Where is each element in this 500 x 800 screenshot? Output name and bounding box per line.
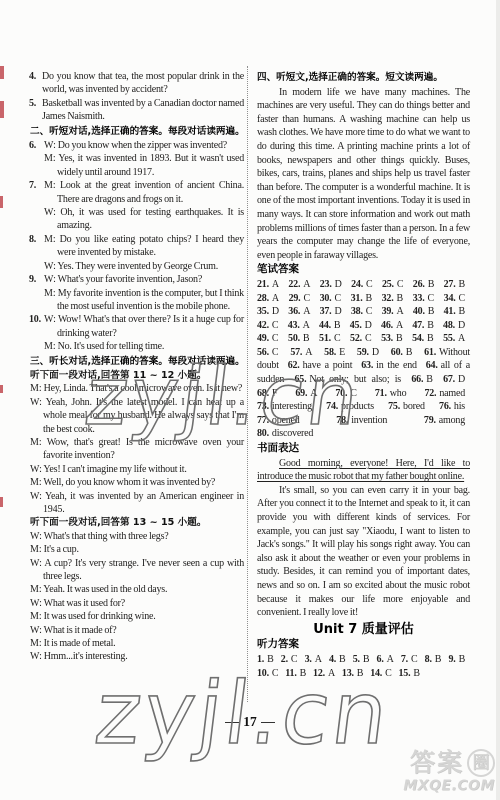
answer-value: E xyxy=(339,347,345,358)
answer-value: A xyxy=(387,654,394,665)
answer-value: B xyxy=(427,320,433,331)
answer-number: 7. xyxy=(401,654,408,665)
answer-number: 22. xyxy=(288,279,300,290)
answer-item: 76.his xyxy=(439,401,465,412)
dialog-number: 10. xyxy=(29,313,41,326)
answer-number: 26. xyxy=(413,279,425,290)
dialog-turn: M: Well, do you know whom it was invente… xyxy=(30,476,244,489)
answer-value: D xyxy=(365,320,372,331)
turn-text: It's a cup. xyxy=(44,544,79,555)
answer-number: 11. xyxy=(285,668,296,679)
answer-number: 25. xyxy=(382,279,394,290)
turn-text: What's that thing with three legs? xyxy=(44,531,169,542)
dialog-turn: M: Look at the great invention of ancien… xyxy=(44,179,244,206)
intro-items: 4. Do you know that tea, the most popula… xyxy=(30,70,244,124)
answer-value: A xyxy=(396,306,403,317)
answer-value: B xyxy=(267,654,273,665)
answer-number: 55. xyxy=(443,333,455,344)
answer-value: B xyxy=(459,306,465,317)
answer-item: 45.D xyxy=(350,320,372,331)
speaker-label: M: xyxy=(30,477,42,488)
dialog-turn: M: Do you like eating potato chips? I he… xyxy=(44,233,244,260)
answer-number: 57. xyxy=(290,347,302,358)
answer-value: products xyxy=(341,401,374,412)
answer-value: A xyxy=(458,333,465,344)
answer-item: 14.C xyxy=(370,668,391,679)
answer-number: 39. xyxy=(382,306,394,317)
answer-item: 29.C xyxy=(289,293,310,304)
dialog-turn: W: Yes. They were invented by George Cru… xyxy=(44,260,244,273)
page-edge-shade xyxy=(496,0,500,800)
answer-item: 25.C xyxy=(382,279,403,290)
turn-text: Yes, it was invented in 1893. But it was… xyxy=(57,153,244,177)
answer-number: 70. xyxy=(335,388,347,399)
dialog-turn: W: Yes! I can't imagine my life without … xyxy=(30,463,244,476)
answer-item: 28.A xyxy=(257,293,279,304)
answer-number: 77. xyxy=(257,415,269,426)
dialog-turn: M: My favorite invention is the computer… xyxy=(44,287,244,314)
dialog-turn: M: It is made of metal. xyxy=(30,637,244,650)
answer-value: C xyxy=(272,347,278,358)
logo-circle-glyph: 圈 xyxy=(467,749,495,777)
answer-value: D xyxy=(372,347,379,358)
page-number-value: 17 xyxy=(243,714,257,730)
answer-number: 63. xyxy=(361,360,373,371)
answer-value: B xyxy=(428,306,434,317)
turn-text: Hmm...it's interesting. xyxy=(44,651,128,662)
answer-value: D xyxy=(272,306,279,317)
answer-number: 75. xyxy=(388,401,400,412)
answer-item: 22.A xyxy=(288,279,310,290)
page-number-dash-right xyxy=(261,722,275,723)
answer-item: 36.A xyxy=(288,306,310,317)
listening-answers: 1.B 2.C 3.A 4.B 5.B 6.A 7.C 8.B 9.B 10.C… xyxy=(257,653,470,680)
dialog-turns: W: Do you know when the zipper was inven… xyxy=(44,139,244,179)
answer-item: 55.A xyxy=(443,333,465,344)
logo-main: 答案圈 xyxy=(403,749,495,777)
answer-number: 43. xyxy=(288,320,300,331)
answer-item: 37.D xyxy=(320,306,342,317)
answer-value: B xyxy=(426,374,432,385)
turn-text: Oh, it was used for testing earthquakes.… xyxy=(57,207,244,231)
answer-number: 1. xyxy=(257,654,264,665)
speaker-label: W: xyxy=(30,651,42,662)
answer-item: 31.B xyxy=(351,293,372,304)
answer-number: 69. xyxy=(295,388,307,399)
answer-value: C xyxy=(428,293,434,304)
numbered-item: 4. Do you know that tea, the most popula… xyxy=(30,70,244,97)
answer-number: 74. xyxy=(326,401,338,412)
answer-site-logo: 答案圈 MXQE.COM xyxy=(403,749,495,794)
answer-item: 54.B xyxy=(412,333,433,344)
answer-item: 26.B xyxy=(413,279,434,290)
answer-value: invention xyxy=(351,415,387,426)
turn-text: No. It's used for telling time. xyxy=(58,341,165,352)
answer-number: 61. xyxy=(424,347,436,358)
answer-number: 47. xyxy=(412,320,424,331)
turn-text: Yes. They were invented by George Crum. xyxy=(57,261,218,272)
listening-passage: In modern life we have many machines. Th… xyxy=(257,86,470,263)
answer-number: 34. xyxy=(444,293,456,304)
answer-value: B xyxy=(428,279,434,290)
answer-value: A xyxy=(328,668,335,679)
turn-text: Yeah, John. It's the latest model. I can… xyxy=(43,397,244,435)
turn-text: Yeah, it was invented by an American eng… xyxy=(43,491,244,515)
answer-number: 72. xyxy=(424,388,436,399)
answer-value: D xyxy=(458,374,465,385)
answer-number: 24. xyxy=(351,279,363,290)
dialog-turn: M: Wow, that's great! Is the microwave o… xyxy=(30,436,244,463)
page-number-dash-left xyxy=(225,722,239,723)
dialog-turn: M: No. It's used for telling time. xyxy=(44,340,244,353)
answer-value: B xyxy=(406,347,412,358)
answer-number: 10. xyxy=(257,668,269,679)
answer-item: 46.A xyxy=(381,320,403,331)
left-column: 4. Do you know that tea, the most popula… xyxy=(30,70,244,664)
answer-number: 62. xyxy=(288,360,300,371)
answer-number: 5. xyxy=(353,654,360,665)
page-number: 17 xyxy=(218,713,282,731)
answer-number: 4. xyxy=(329,654,336,665)
answer-number: 38. xyxy=(351,306,363,317)
answer-value: A xyxy=(305,347,312,358)
turn-text: Do you know when the zipper was invented… xyxy=(58,140,227,151)
numbered-item: 5. Basketball was invented by a Canadian… xyxy=(30,97,244,124)
answer-value: B xyxy=(427,333,433,344)
column-divider xyxy=(247,66,248,702)
answer-value: A xyxy=(303,320,310,331)
dialog-turn: W: What's your favorite invention, Jason… xyxy=(44,273,244,286)
turn-text: It is made of metal. xyxy=(44,638,116,649)
answer-item: 7.C xyxy=(401,654,418,665)
answer-value: A xyxy=(396,320,403,331)
answer-item: 44.B xyxy=(319,320,340,331)
answer-value: C xyxy=(272,320,278,331)
answer-item: 62.have a point xyxy=(288,360,353,371)
turn-text: Wow! What's that over there? Is it a hug… xyxy=(57,314,244,338)
answer-number: 73. xyxy=(257,401,269,412)
answer-number: 50. xyxy=(288,333,300,344)
answer-value: among xyxy=(439,415,465,426)
unit7-heading: Unit 7 质量评估 xyxy=(257,623,470,637)
answer-number: 48. xyxy=(443,320,455,331)
dialog-turn: M: It was used for drinking wine. xyxy=(30,610,244,623)
answer-value: discovered xyxy=(272,428,313,439)
speaker-label: W: xyxy=(30,531,42,542)
dialog-number: 8. xyxy=(29,233,36,246)
dialog-turns: M: Do you like eating potato chips? I he… xyxy=(44,233,244,273)
answer-value: C xyxy=(291,654,297,665)
dialog-turns: M: Look at the great invention of ancien… xyxy=(44,179,244,233)
answer-number: 15. xyxy=(398,668,410,679)
answer-value: B xyxy=(363,654,369,665)
answer-item: 9.B xyxy=(448,654,465,665)
dialog-number: 6. xyxy=(29,139,36,152)
answer-item: 58.E xyxy=(324,347,345,358)
answer-number: 53. xyxy=(381,333,393,344)
scan-artifact xyxy=(0,66,4,79)
turn-text: Yes! I can't imagine my life without it. xyxy=(43,464,186,475)
answer-item: 2.C xyxy=(281,654,298,665)
answer-value: B xyxy=(435,654,441,665)
answer-number: 80. xyxy=(257,428,269,439)
answer-number: 64. xyxy=(426,360,438,371)
answer-value: B xyxy=(397,293,403,304)
answer-number: 23. xyxy=(320,279,332,290)
answer-number: 54. xyxy=(412,333,424,344)
dialog-item: 7. M: Look at the great invention of anc… xyxy=(30,179,244,233)
turn-text: Look at the great invention of ancient C… xyxy=(57,180,244,204)
answer-number: 49. xyxy=(257,333,269,344)
answer-item: 10.C xyxy=(257,668,278,679)
speaker-label: M: xyxy=(30,437,42,448)
answer-value: A xyxy=(303,279,310,290)
dialog-turn: W: Oh, it was used for testing earthquak… xyxy=(44,206,244,233)
answer-number: 37. xyxy=(320,306,332,317)
answer-item: 35.D xyxy=(257,306,279,317)
essay-heading: 书面表达 xyxy=(257,442,470,456)
answer-item: 63.in the end xyxy=(361,360,417,371)
speaker-label: M: xyxy=(30,638,42,649)
answer-item: 66.B xyxy=(411,374,432,385)
answer-number: 51. xyxy=(319,333,331,344)
answer-item: 78.invention xyxy=(336,415,387,426)
item-text: Do you know that tea, the most popular d… xyxy=(42,71,244,95)
item-number: 4. xyxy=(29,70,36,83)
dialog-item: 10. W: Wow! What's that over there? Is i… xyxy=(30,313,244,353)
answer-number: 42. xyxy=(257,320,269,331)
logo-domain: MXQE.COM xyxy=(403,778,495,794)
dialog-turn: W: Wow! What's that over there? Is it a … xyxy=(44,313,244,340)
speaker-label: M: xyxy=(30,544,42,555)
turn-text: What's your favorite invention, Jason? xyxy=(58,274,203,285)
answer-value: Not only; but also; is xyxy=(309,374,401,385)
answer-number: 31. xyxy=(351,293,363,304)
answer-item: 21.A xyxy=(257,279,279,290)
answer-item: 3.A xyxy=(305,654,322,665)
answer-item: 41.B xyxy=(444,306,465,317)
answer-value: A xyxy=(272,293,279,304)
answer-item: 6.A xyxy=(377,654,394,665)
speaker-label: M: xyxy=(30,584,42,595)
answer-item: 67.D xyxy=(443,374,465,385)
answer-number: 68. xyxy=(257,388,269,399)
answer-number: 71. xyxy=(375,388,387,399)
turn-text: Well, do you know whom it was invented b… xyxy=(43,477,215,488)
answer-value: B xyxy=(396,333,402,344)
answer-item: 48.D xyxy=(443,320,465,331)
answer-value: C xyxy=(334,333,340,344)
listening-answers-heading: 听力答案 xyxy=(257,638,470,652)
answer-number: 66. xyxy=(411,374,423,385)
answer-value: have a point xyxy=(303,360,353,371)
dialog-turn: M: Hey, Linda. That's a cool microwave o… xyxy=(30,382,244,395)
speaker-label: M: xyxy=(30,383,42,394)
answer-value: C xyxy=(411,654,417,665)
answer-number: 33. xyxy=(413,293,425,304)
turn-text: Do you like eating potato chips? I heard… xyxy=(57,234,244,258)
answer-item: 11.B xyxy=(285,668,306,679)
turn-text: A cup? It's very strange. I've never see… xyxy=(43,558,244,582)
answer-value: C xyxy=(272,668,278,679)
answer-item: 65.Not only; but also; is xyxy=(294,374,401,385)
answer-item: 80.discovered xyxy=(257,428,313,439)
answer-item: 68.F xyxy=(257,388,277,399)
answer-value: his xyxy=(454,401,465,412)
answer-item: 79.among xyxy=(424,415,465,426)
written-answers: 21.A 22.A 23.D 24.C 25.C 26.B 27.B 28.A … xyxy=(257,278,470,441)
speaker-label: M: xyxy=(44,180,56,191)
dialog-turn: W: Do you know when the zipper was inven… xyxy=(44,139,244,152)
dialog-number: 7. xyxy=(29,179,36,192)
answer-item: 50.B xyxy=(288,333,309,344)
answer-number: 45. xyxy=(350,320,362,331)
answer-number: 13. xyxy=(342,668,354,679)
answer-item: 42.C xyxy=(257,320,278,331)
answer-value: C xyxy=(303,293,309,304)
answer-number: 2. xyxy=(281,654,288,665)
answer-item: 15.B xyxy=(398,668,419,679)
answer-item: 69.A xyxy=(295,388,317,399)
dialog-item: 6. W: Do you know when the zipper was in… xyxy=(30,139,244,179)
answer-item: 43.A xyxy=(288,320,310,331)
dialog-item: 9. W: What's your favorite invention, Ja… xyxy=(30,273,244,313)
essay-paragraph-1: Good morning, everyone! Here, I'd like t… xyxy=(257,457,470,484)
essay-paragraph-2: It's small, so you can even carry it in … xyxy=(257,484,470,620)
answer-item: 13.B xyxy=(342,668,363,679)
answer-item: 40.B xyxy=(413,306,434,317)
answer-value: who xyxy=(390,388,407,399)
speaker-label: W: xyxy=(30,491,42,502)
answer-value: C xyxy=(459,293,465,304)
section4-heading: 四、听短文,选择正确的答案。短文读两遍。 xyxy=(257,71,470,85)
answer-item: 75.bored xyxy=(388,401,425,412)
answer-number: 30. xyxy=(320,293,332,304)
subsection-11-12: 听下面一段对话,回答第 11 ~ 12 小题。 xyxy=(30,369,244,382)
answer-value: B xyxy=(334,320,340,331)
answer-item: 77.opened xyxy=(257,415,300,426)
answer-value: C xyxy=(365,333,371,344)
dialog-turns: W: What's your favorite invention, Jason… xyxy=(44,273,244,313)
answer-item: 71.who xyxy=(375,388,407,399)
long-dialog-2: W: What's that thing with three legs? M:… xyxy=(30,530,244,664)
answer-number: 3. xyxy=(305,654,312,665)
answer-item: 8.B xyxy=(425,654,442,665)
answer-value: D xyxy=(458,320,465,331)
answer-item: 60.B xyxy=(391,347,412,358)
answer-number: 29. xyxy=(289,293,301,304)
scan-artifact xyxy=(0,497,3,507)
answer-item: 38.C xyxy=(351,306,372,317)
answer-value: C xyxy=(366,306,372,317)
section2-heading: 二、听短对话,选择正确的答案。每段对话读两遍。 xyxy=(30,125,244,138)
answer-item: 4.B xyxy=(329,654,346,665)
item-number: 5. xyxy=(29,97,36,110)
answer-item: 27.B xyxy=(444,279,465,290)
logo-text: 答案 xyxy=(410,750,464,776)
answer-number: 67. xyxy=(443,374,455,385)
speaker-label: W: xyxy=(44,314,56,325)
answer-value: B xyxy=(366,293,372,304)
answer-item: 72.named xyxy=(424,388,465,399)
answer-item: 30.C xyxy=(320,293,341,304)
answer-number: 12. xyxy=(313,668,325,679)
answer-number: 58. xyxy=(324,347,336,358)
turn-text: It was used for drinking wine. xyxy=(44,611,156,622)
scanned-answer-page: 4. Do you know that tea, the most popula… xyxy=(0,0,500,800)
answer-item: 1.B xyxy=(257,654,274,665)
turn-text: My favorite invention is the computer, b… xyxy=(57,288,244,312)
answer-number: 59. xyxy=(357,347,369,358)
dialog-turn: W: What's that thing with three legs? xyxy=(30,530,244,543)
answer-value: C xyxy=(397,279,403,290)
answer-value: A xyxy=(303,306,310,317)
answer-number: 79. xyxy=(424,415,436,426)
speaker-label: W: xyxy=(30,625,42,636)
answer-value: in the end xyxy=(376,360,417,371)
scan-artifact xyxy=(0,385,3,393)
answer-number: 44. xyxy=(319,320,331,331)
answer-item: 39.A xyxy=(382,306,404,317)
answer-number: 14. xyxy=(370,668,382,679)
long-dialog-1: M: Hey, Linda. That's a cool microwave o… xyxy=(30,382,244,516)
dialog-turn: W: Hmm...it's interesting. xyxy=(30,650,244,663)
answer-value: opened xyxy=(272,415,300,426)
answer-item: 59.D xyxy=(357,347,379,358)
answer-value: C xyxy=(334,293,340,304)
speaker-label: W: xyxy=(30,397,42,408)
speaker-label: M: xyxy=(44,153,56,164)
speaker-label: W: xyxy=(30,558,42,569)
speaker-label: W: xyxy=(44,274,56,285)
answer-value: C xyxy=(366,279,372,290)
answer-number: 28. xyxy=(257,293,269,304)
subsection-13-15: 听下面一段对话,回答第 13 ~ 15 小题。 xyxy=(30,516,244,529)
answer-number: 21. xyxy=(257,279,269,290)
answer-value: C xyxy=(350,388,356,399)
turn-text: Yeah. It was used in the old days. xyxy=(43,584,167,595)
model-essay: Good morning, everyone! Here, I'd like t… xyxy=(257,457,470,620)
answer-value: C xyxy=(272,333,278,344)
answer-value: B xyxy=(300,668,306,679)
answer-item: 34.C xyxy=(444,293,465,304)
answer-value: B xyxy=(413,668,419,679)
answer-item: 49.C xyxy=(257,333,278,344)
answer-number: 78. xyxy=(336,415,348,426)
answer-value: D xyxy=(335,279,342,290)
speaker-label: W: xyxy=(44,207,56,218)
answer-value: B xyxy=(339,654,345,665)
answer-item: 51.C xyxy=(319,333,340,344)
dialog-number: 9. xyxy=(29,273,36,286)
short-dialogs: 6. W: Do you know when the zipper was in… xyxy=(30,139,244,354)
dialog-turn: W: What was it used for? xyxy=(30,597,244,610)
answer-number: 35. xyxy=(257,306,269,317)
answer-number: 56. xyxy=(257,347,269,358)
answer-value: F xyxy=(272,388,277,399)
section3-heading: 三、听长对话,选择正确的答案。每段对话读两遍。 xyxy=(30,355,244,368)
turn-text: What was it used for? xyxy=(44,598,125,609)
answer-item: 70.C xyxy=(335,388,356,399)
answer-value: B xyxy=(459,654,465,665)
answer-item: 73.interesting xyxy=(257,401,312,412)
answer-value: D xyxy=(334,306,341,317)
answer-item: 53.B xyxy=(381,333,402,344)
dialog-turn: M: Yes, it was invented in 1893. But it … xyxy=(44,152,244,179)
answer-item: 57.A xyxy=(290,347,312,358)
answer-value: B xyxy=(459,279,465,290)
speaker-label: M: xyxy=(30,611,42,622)
